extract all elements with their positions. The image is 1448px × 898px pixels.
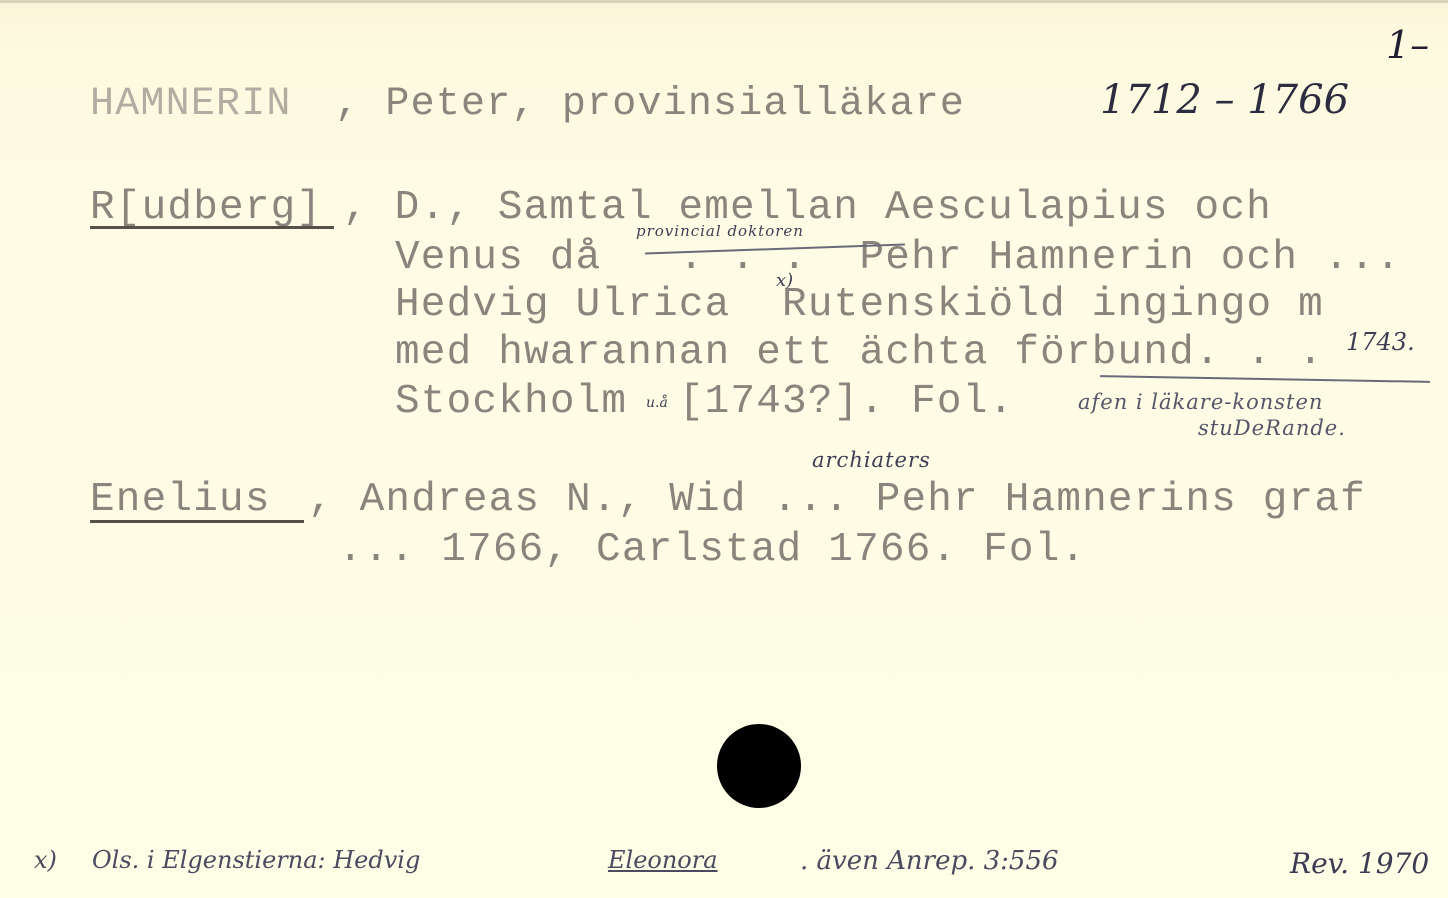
entry-1-line-1: , D., Samtal emellan Aesculapius och [343,188,1272,229]
page-marker: 1– [1386,26,1429,64]
annotation-archiaters: archiaters [812,450,931,471]
annotation-afen-i-lakare: afen i läkare-konsten [1078,392,1323,413]
entry-1-author-underline [90,226,334,229]
annotation-provincial-doktoren: provincial doktoren [636,224,804,239]
heading-name: HAMNERIN [90,85,292,125]
entry-2-author: Enelius [90,480,271,521]
entry-1-line-4: med hwarannan ett ächta förbund. . . [395,333,1324,374]
card-top-edge [0,0,1448,3]
entry-1-line-5: Stockholm [1743?]. Fol. [395,382,1014,423]
footnote-underlined-name: Eleonora [608,848,718,872]
annotation-year-1743: 1743. [1346,330,1415,354]
footnote-text: Ols. i Elgenstierna: Hedvig [92,848,420,872]
heading-rest: , Peter, provinsialläkare [335,85,965,125]
annotation-ua: u.å [646,396,668,410]
entry-1-line-3: Hedvig Ulrica Rutenskiöld ingingo m [395,285,1324,326]
entry-2-author-underline [90,520,304,523]
entry-2-line-1: , Andreas N., Wid ... Pehr Hamnerins gra… [308,480,1366,521]
footnote-marker: x) [34,848,57,872]
card-punch-hole [717,724,801,808]
entry-2-line-2: ... 1766, Carlstad 1766. Fol. [338,530,1086,571]
footnote-marker-inline: x) [776,272,793,290]
annotation-brace-line [1100,375,1430,383]
heading-dates: 1712 – 1766 [1100,80,1349,120]
entry-1-author: R[udberg] [90,188,322,229]
annotation-studerande: stuDeRande. [1198,418,1346,439]
revision-note: Rev. 1970 [1290,850,1429,878]
catalog-card: 1– HAMNERIN , Peter, provinsialläkare 17… [0,0,1448,898]
footnote-after: . även Anrep. 3:556 [800,848,1059,874]
